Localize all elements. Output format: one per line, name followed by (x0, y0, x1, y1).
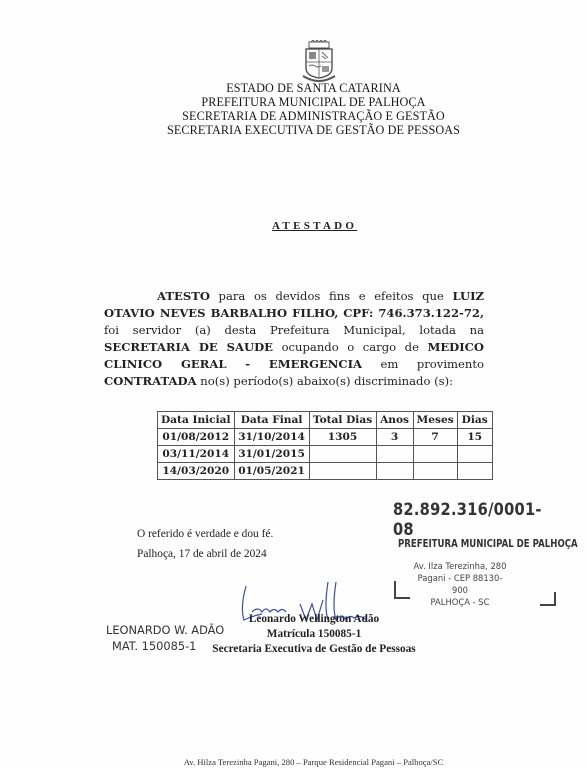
document-title: ATESTADO (272, 220, 357, 232)
col-days: Dias (457, 412, 492, 429)
table-row: 03/11/2014 31/01/2015 (158, 446, 493, 463)
col-months: Meses (413, 412, 457, 429)
table-row: 01/08/2012 31/10/2014 1305 3 7 15 (158, 429, 493, 446)
table-header-row: Data Inicial Data Final Total Dias Anos … (158, 412, 493, 429)
certificate-body: ATESTO para os devidos fins e efeitos qu… (104, 288, 484, 390)
coat-of-arms-icon (300, 40, 338, 84)
signer-name: Leonardo Wellington Adão (207, 612, 421, 627)
document-page: ESTADO DE SANTA CATARINA PREFEITURA MUNI… (0, 0, 587, 769)
stamp-corner-mark (540, 592, 556, 606)
employment-type: CONTRATADA (104, 374, 197, 388)
col-start-date: Data Inicial (158, 412, 235, 429)
employee-cpf: CPF: 746.373.122-72, (343, 306, 484, 320)
stamp-institution-name: PREFEITURA MUNICIPAL DE PALHOÇA (398, 537, 578, 550)
cnpj-stamp: 82.892.316/0001-08 (393, 500, 560, 540)
signer-role: Secretaria Executiva de Gestão de Pessoa… (207, 642, 421, 657)
table-row: 14/03/2020 01/05/2021 (158, 463, 493, 480)
signer-registration: Matrícula 150085-1 (207, 627, 421, 642)
footer-address: Av. Hilza Terezinha Pagani, 280 – Parque… (0, 757, 587, 767)
employee-department: SECRETARIA DE SAUDE (104, 340, 273, 354)
letterhead-state: ESTADO DE SANTA CATARINA (0, 81, 587, 95)
letterhead-secretariat: SECRETARIA DE ADMINISTRAÇÃO E GESTÃO (0, 109, 587, 123)
atesto-word: ATESTO (157, 289, 210, 303)
col-total-days: Total Dias (309, 412, 376, 429)
stamp-address: Av. Ilza Terezinha, 280 Pagani - CEP 881… (410, 560, 510, 608)
place-and-date: Palhoça, 17 de abril de 2024 (137, 548, 267, 560)
col-end-date: Data Final (234, 412, 309, 429)
col-years: Anos (376, 412, 413, 429)
signer-block: Leonardo Wellington Adão Matrícula 15008… (207, 612, 421, 657)
letterhead-executive-secretariat: SECRETARIA EXECUTIVA DE GESTÃO DE PESSOA… (0, 123, 587, 137)
stamp-corner-mark (394, 581, 410, 599)
letterhead-municipality: PREFEITURA MUNICIPAL DE PALHOÇA (0, 95, 587, 109)
service-periods-table: Data Inicial Data Final Total Dias Anos … (157, 411, 493, 480)
closing-statement: O referido é verdade e dou fé. (137, 528, 273, 540)
letterhead: ESTADO DE SANTA CATARINA PREFEITURA MUNI… (0, 81, 587, 137)
